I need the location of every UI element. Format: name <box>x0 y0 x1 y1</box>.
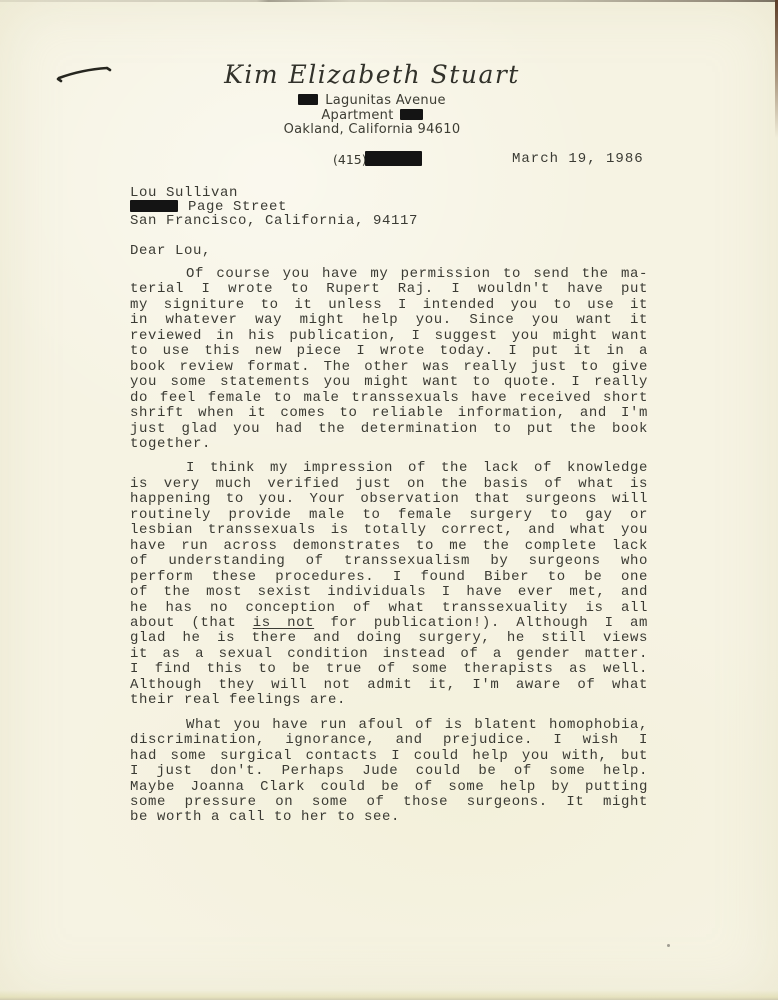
letter-line: of understanding of transsexualism by su… <box>130 554 648 569</box>
redaction-phone-number <box>365 151 422 166</box>
letter-line: shrift when it comes to reliable informa… <box>130 406 648 421</box>
scan-edge-bottom <box>0 990 778 1000</box>
letterhead-address-line-street: Lagunitas Avenue <box>0 94 744 109</box>
salutation: Dear Lou, <box>130 243 211 259</box>
letterhead-name: Kim Elizabeth Stuart <box>0 60 744 89</box>
phone-area-code: (415) <box>333 152 367 167</box>
letter-line: he has no conception of what transsexual… <box>130 601 648 616</box>
recipient-name: Lou Sullivan <box>130 186 418 200</box>
redaction-street-number <box>298 94 318 105</box>
letterhead-address: Lagunitas Avenue Apartment Oakland, Cali… <box>0 94 744 138</box>
letter-line: Of course you have my permission to send… <box>130 267 648 282</box>
letterhead-street-label: Lagunitas Avenue <box>325 93 446 108</box>
letter-line: perform these procedures. I found Biber … <box>130 570 648 585</box>
letter-line: happening to you. Your observation that … <box>130 492 648 507</box>
letter-line: I find this to be true of some therapist… <box>130 662 648 677</box>
letter-line: routinely provide male to female surgery… <box>130 508 648 523</box>
letter-line: have run across demonstrates to me the c… <box>130 539 648 554</box>
letterhead-apartment-label: Apartment <box>321 108 393 123</box>
letter-line: it as a sexual condition instead of a ge… <box>130 647 648 662</box>
letter-line: about (that is not for publication!). Al… <box>130 616 648 631</box>
letter-paragraph: What you have run afoul of is blatent ho… <box>130 718 648 826</box>
letter-line: glad he is there and doing surgery, he s… <box>130 631 648 646</box>
letter-line: I think my impression of the lack of kno… <box>130 461 648 476</box>
letter-line: to use this new piece I wrote today. I p… <box>130 344 648 359</box>
letter-line: you some statements you might want to qu… <box>130 375 648 390</box>
letter-line: terial I wrote to Rupert Raj. I wouldn't… <box>130 282 648 297</box>
letter-body: Of course you have my permission to send… <box>130 267 648 835</box>
letter-line: lesbian transsexuals is totally correct,… <box>130 523 648 538</box>
letter-line: some pressure on some of those surgeons.… <box>130 795 648 810</box>
letter-page: Kim Elizabeth Stuart Lagunitas Avenue Ap… <box>0 0 778 1000</box>
letterhead-address-line-city: Oakland, California 94610 <box>0 123 744 138</box>
letter-line: of the most sexist individuals I have ev… <box>130 585 648 600</box>
letter-line: my signiture to it unless I intended you… <box>130 298 648 313</box>
scan-edge-top <box>0 0 778 2</box>
redaction-apartment-number <box>400 109 423 120</box>
letter-line: is very much verified just on the basis … <box>130 477 648 492</box>
letter-line: I just don't. Perhaps Jude could be of s… <box>130 764 648 779</box>
letter-line: discrimination, ignorance, and prejudice… <box>130 733 648 748</box>
letter-line: book review format. The other was really… <box>130 360 648 375</box>
letter-line: Maybe Joanna Clark could be of some help… <box>130 780 648 795</box>
letter-date: March 19, 1986 <box>512 151 644 167</box>
letter-line: had some surgical contacts I could help … <box>130 749 648 764</box>
letter-line: in whatever way might help you. Since yo… <box>130 313 648 328</box>
letter-line: just glad you had the determination to p… <box>130 422 648 437</box>
letter-line: What you have run afoul of is blatent ho… <box>130 718 648 733</box>
letter-line: be worth a call to her to see. <box>130 810 648 825</box>
letter-paragraph: I think my impression of the lack of kno… <box>130 461 648 708</box>
recipient-address-block: Lou Sullivan Page Street San Francisco, … <box>130 186 418 229</box>
recipient-city-line: San Francisco, California, 94117 <box>130 214 418 228</box>
letter-line: Although they will not admit it, I'm awa… <box>130 678 648 693</box>
scan-speck <box>667 944 670 947</box>
letter-line: their real feelings are. <box>130 693 648 708</box>
letter-line: reviewed in his publication, I suggest y… <box>130 329 648 344</box>
redaction-recipient-street-number <box>130 200 178 212</box>
letterhead-address-line-apartment: Apartment <box>0 109 744 124</box>
recipient-street-line: Page Street <box>130 200 418 214</box>
letter-paragraph: Of course you have my permission to send… <box>130 267 648 452</box>
letter-line: together. <box>130 437 648 452</box>
letter-line: do feel female to male transsexuals have… <box>130 391 648 406</box>
